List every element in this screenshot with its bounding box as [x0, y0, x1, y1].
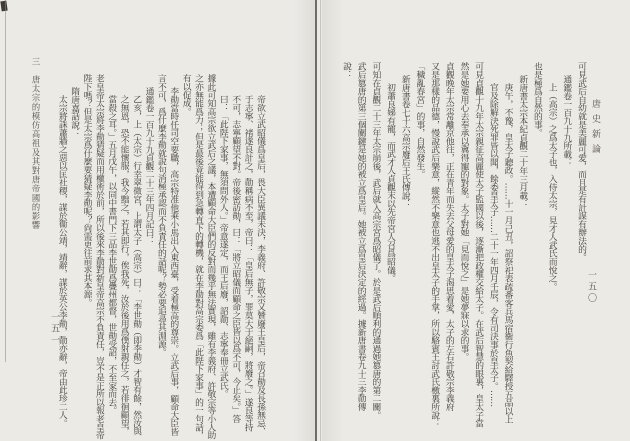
text-column: 之亦無能爲力；但是最後竟能得到急轉直下的轉機，就在李勣對高宗委爲「此陛下家事」的…: [192, 74, 204, 441]
text-column: 說：: [338, 62, 353, 441]
text-column: 乙亥，上（太宗）行幸翠微宮，上謂太子（高宗）曰：「李世勣（即李勣）才智有餘，然汝…: [130, 74, 142, 441]
text-column: 隋唐嘉話說：: [68, 74, 80, 441]
text-column: 官及除解決死罪皆以聞，餘委皇太子……二十一年四月壬辰，令有司決事於皇太子。……: [485, 62, 500, 441]
text-column: 新唐書卷七十六高宗廢后王氏傳說：: [397, 62, 412, 441]
right-page-text-block: 可見武后自幼就是美麗可愛，而且是有計謀有辦法的。通鑑卷一百九十九所載：上（高宗）…: [338, 62, 588, 441]
page-edge-line: [320, 0, 321, 441]
text-column: 「穢亂春宮」的事，自然發生。: [412, 62, 427, 441]
text-column: 于志寧、褚遂良計之，勣稱病不至，帝曰：「皇后無子，罪莫大于絕嗣，將廢之。」遂良等…: [241, 74, 253, 441]
text-column: 通鑑卷一百九十九貞觀二十三年四月記曰：: [142, 74, 154, 441]
text-column: 也是極爲自然的事。: [529, 62, 544, 441]
text-column: 陛下嗎？但是太宗爲什麼要猜疑李勣呢？尙需更往前求其本源。: [80, 74, 92, 441]
text-column: 通鑑卷一百九十九所載：: [559, 62, 574, 441]
text-column: 不可，志寧顧望不對。帝後密訪勣，曰：「將立昭儀而顧命之臣皆以爲不可，今止矣。」答: [229, 74, 241, 441]
text-column: 言不可，爲什麼李勣就說句消極承認而不負責任的話呢？勢必要追尋其淵源。: [154, 74, 166, 441]
text-column: 可見貞觀十九年太宗親征高麗使太子監國以後，逐漸把政權交給太子。在武后智慧的眼裏，…: [471, 62, 486, 441]
text-column: 又是那樣的品德，慢說武后樂意，縱然不樂意也逃不出皇太子的手掌，所以駱賓王討武氏檄…: [426, 62, 441, 441]
text-column: 老皇帝太宗將李勣猜疑而用權術於前，所以後來李勣對新皇帝高宗不負責任，豈不是正所以…: [93, 74, 105, 441]
section-caption: 三 唐太宗的模仿高祖及其對唐帝國的影響: [30, 57, 42, 287]
book-spread-scan: 唐史新論 一五〇 可見武后自幼就是美麗可愛，而且是有計謀有辦法的。通鑑卷一百九十…: [0, 0, 630, 441]
left-page-folio: 一五一: [48, 312, 61, 347]
text-column: 有以促成。: [179, 74, 191, 441]
text-column: 然是她要用心去奉承以冀得寵的對象。太子對她「見而悅之」是她夢寐以求的事。: [456, 62, 471, 441]
running-head-book-title: 唐史新論: [589, 99, 602, 159]
text-column: 可見武后自幼就是美麗可愛，而且是有計謀有辦法的。: [573, 62, 588, 441]
text-column: 上（高宗）之爲太子也，入侍太宗，見才人武氏而悅之。: [544, 62, 559, 441]
text-column: 據此可知高宗欲立武后之議，本遭顧命大臣們的反對而幾乎無法實現，雖有李義府、許敬宗…: [204, 74, 216, 441]
text-column: 庚午，不豫，皇太子聽政。……十一月己丑，詔祭祀表疏番客兵馬宿衞行魚契給驛授五品以…: [500, 62, 515, 441]
left-page-text-block: 帝欲立武昭儀爲皇后，畏大臣異議未決，李義府、許敬宗又贊廢王皇后，帝召勣及長孫無忌…: [55, 74, 266, 441]
text-column: 曰：「此陛下家事，無須問外人。」帝意遂定，而王后廢，詔勣、志寧奉冊立武氏。: [216, 74, 228, 441]
text-column: 貞觀晚年太宗常離京他往，正在青年而失去父母愛的皇太子渴思着愛，太子的左右許敬宗李…: [441, 62, 456, 441]
text-column: 可知在貞觀二十三年太宗崩後，武后就入高宗宮爲昭儀了。於是武后順利的通過她篡唐的第…: [368, 62, 383, 441]
page-divider-line: [315, 0, 317, 441]
text-column: 當殺之耳。」五月戊午，以同中書門下三品李世勣爲疊州都督，世勣受詔，不至家而去。: [105, 74, 117, 441]
text-column: 新唐書太宗本紀貞觀二十年三月載：: [515, 62, 530, 441]
text-column: 初蕭良娣有寵，而武才人貞觀末以先帝宮人召爲昭儀。: [382, 62, 397, 441]
scan-corner-mark: [0, 1, 7, 12]
text-column: 太宗將誅蕭牆之惡以匡社稷，謀於衞公靖，靖辭，謀於英公李勣，勣亦辭，帝由此珍二人。: [55, 74, 67, 441]
text-column: 李勣當時任司空要職，高宗特准他乘小馬出入東西臺，受着極高的尊崇。立武后事，顧命大…: [167, 74, 179, 441]
text-column: 帝欲立武昭儀爲皇后，畏大臣異議未決，李義府、許敬宗又贊廢王皇后，帝召勣及長孫無忌…: [254, 74, 266, 441]
spine-shading-left: [293, 0, 315, 441]
left-page-edge-shadow: [5, 0, 6, 362]
text-column: 之無恩，恐不能懷服，我今黜之，若其即行，俟我死，汝於後用爲僕射親任之，若徘徊顧望…: [117, 74, 129, 441]
text-column: 武后篡唐的第三個關鍵是她的被立爲皇后。她被立爲皇后決定的經過。據新唐書卷九十三李…: [353, 62, 368, 441]
